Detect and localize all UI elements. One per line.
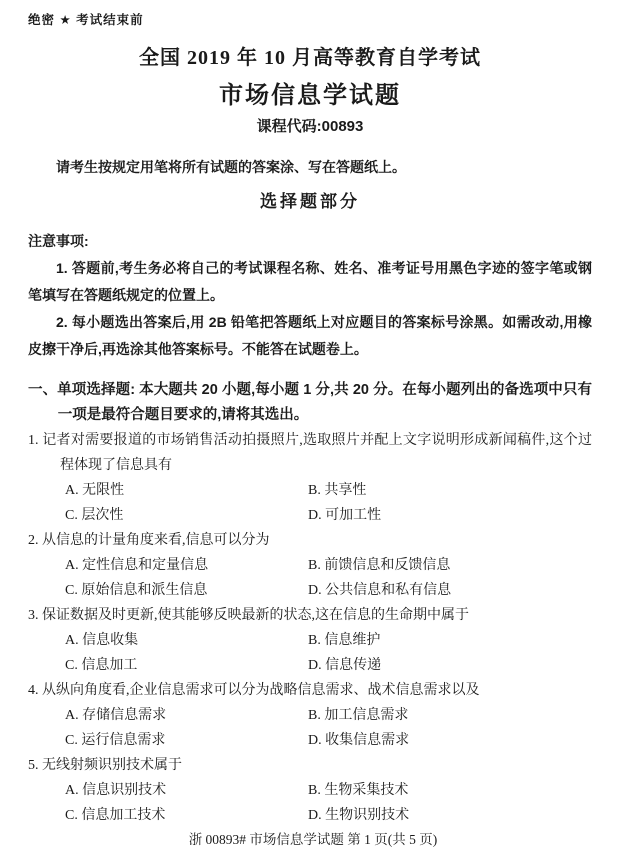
classification-label: 绝密 ★ 考试结束前: [28, 10, 592, 28]
question-1-option-d: D. 可加工性: [308, 503, 592, 528]
note-item-2: 2. 每小题选出答案后,用 2B 铅笔把答题纸上对应题目的答案标号涂黑。如需改动…: [28, 309, 592, 363]
question-5-number: 5.: [28, 758, 39, 773]
question-2-option-a: A. 定性信息和定量信息: [65, 553, 308, 578]
question-4-options: A. 存储信息需求 B. 加工信息需求 C. 运行信息需求 D. 收集信息需求: [28, 703, 592, 753]
question-3-text: 保证数据及时更新,使其能够反映最新的状态,这在信息的生命期中属于: [42, 608, 469, 623]
question-5-stem: 5. 无线射频识别技术属于: [28, 753, 592, 778]
question-2-option-b: B. 前馈信息和反馈信息: [308, 553, 592, 578]
question-2-options: A. 定性信息和定量信息 B. 前馈信息和反馈信息 C. 原始信息和派生信息 D…: [28, 553, 592, 603]
question-4-option-a: A. 存储信息需求: [65, 703, 308, 728]
question-5-option-c: C. 信息加工技术: [65, 803, 308, 828]
paper-title: 市场信息学试题: [28, 75, 592, 110]
question-4-stem: 4. 从纵向角度看,企业信息需求可以分为战略信息需求、战术信息需求以及: [28, 678, 592, 703]
question-2-option-c: C. 原始信息和派生信息: [65, 578, 308, 603]
page-footer: 浙 00893# 市场信息学试题 第 1 页(共 5 页): [0, 828, 626, 848]
question-5-option-d: D. 生物识别技术: [308, 803, 592, 828]
question-5-option-a: A. 信息识别技术: [65, 778, 308, 803]
exam-session-title: 全国 2019 年 10 月高等教育自学考试: [28, 41, 592, 70]
question-5-text: 无线射频识别技术属于: [42, 758, 182, 773]
question-2-number: 2.: [28, 533, 39, 548]
answer-instruction: 请考生按规定用笔将所有试题的答案涂、写在答题纸上。: [28, 157, 592, 177]
notes-title: 注意事项:: [28, 228, 592, 255]
question-1-option-a: A. 无限性: [65, 478, 308, 503]
question-2-stem: 2. 从信息的计量角度来看,信息可以分为: [28, 528, 592, 553]
part-title: 选择题部分: [28, 187, 592, 212]
question-5-option-b: B. 生物采集技术: [308, 778, 592, 803]
question-3-stem: 3. 保证数据及时更新,使其能够反映最新的状态,这在信息的生命期中属于: [28, 603, 592, 628]
question-1-text: 记者对需要报道的市场销售活动拍摄照片,选取照片并配上文字说明形成新闻稿件,这个过…: [42, 433, 592, 473]
question-3-option-b: B. 信息维护: [308, 628, 592, 653]
exam-paper-page: 绝密 ★ 考试结束前 全国 2019 年 10 月高等教育自学考试 市场信息学试…: [0, 0, 626, 865]
question-1-stem: 1. 记者对需要报道的市场销售活动拍摄照片,选取照片并配上文字说明形成新闻稿件,…: [28, 428, 592, 478]
question-3-number: 3.: [28, 608, 39, 623]
question-4-option-d: D. 收集信息需求: [308, 728, 592, 753]
question-4: 4. 从纵向角度看,企业信息需求可以分为战略信息需求、战术信息需求以及 A. 存…: [28, 678, 592, 753]
question-3-option-d: D. 信息传递: [308, 653, 592, 678]
question-3-options: A. 信息收集 B. 信息维护 C. 信息加工 D. 信息传递: [28, 628, 592, 678]
question-3-option-a: A. 信息收集: [65, 628, 308, 653]
question-5: 5. 无线射频识别技术属于 A. 信息识别技术 B. 生物采集技术 C. 信息加…: [28, 753, 592, 828]
question-3: 3. 保证数据及时更新,使其能够反映最新的状态,这在信息的生命期中属于 A. 信…: [28, 603, 592, 678]
note-item-1: 1. 答题前,考生务必将自己的考试课程名称、姓名、准考证号用黑色字迹的签字笔或钢…: [28, 255, 592, 309]
question-2-text: 从信息的计量角度来看,信息可以分为: [42, 533, 270, 548]
question-4-option-c: C. 运行信息需求: [65, 728, 308, 753]
question-2: 2. 从信息的计量角度来看,信息可以分为 A. 定性信息和定量信息 B. 前馈信…: [28, 528, 592, 603]
question-4-number: 4.: [28, 683, 39, 698]
question-4-option-b: B. 加工信息需求: [308, 703, 592, 728]
question-1: 1. 记者对需要报道的市场销售活动拍摄照片,选取照片并配上文字说明形成新闻稿件,…: [28, 428, 592, 528]
question-2-option-d: D. 公共信息和私有信息: [308, 578, 592, 603]
question-1-options: A. 无限性 B. 共享性 C. 层次性 D. 可加工性: [28, 478, 592, 528]
question-1-option-c: C. 层次性: [65, 503, 308, 528]
question-4-text: 从纵向角度看,企业信息需求可以分为战略信息需求、战术信息需求以及: [42, 683, 480, 698]
question-3-option-c: C. 信息加工: [65, 653, 308, 678]
question-1-option-b: B. 共享性: [308, 478, 592, 503]
question-1-number: 1.: [28, 433, 39, 448]
course-code: 课程代码:00893: [28, 115, 592, 136]
question-5-options: A. 信息识别技术 B. 生物采集技术 C. 信息加工技术 D. 生物识别技术: [28, 778, 592, 828]
section-one-heading: 一、单项选择题: 本大题共 20 小题,每小题 1 分,共 20 分。在每小题列…: [28, 378, 592, 428]
